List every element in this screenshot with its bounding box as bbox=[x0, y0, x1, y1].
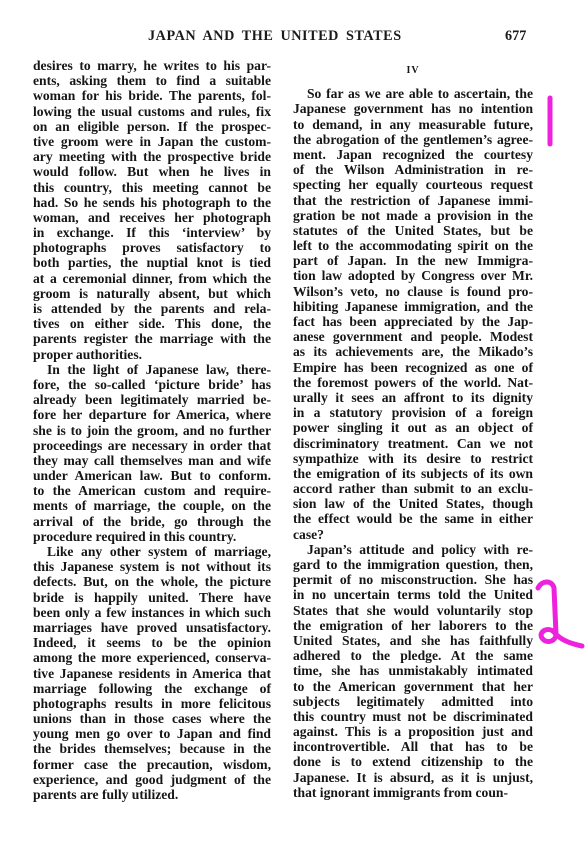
text-line: power singling it out as an object of bbox=[293, 420, 533, 435]
text-line: Japan’s attitude and policy with re- bbox=[293, 542, 533, 557]
text-line: already been legitimately married be- bbox=[33, 392, 271, 407]
text-line: ment. Japan recognized the courtesy bbox=[293, 147, 533, 162]
text-line: tive Japanese residents in America that bbox=[33, 666, 271, 681]
text-line: under American law. But to conform. bbox=[33, 468, 271, 483]
left-column: desires to marry, he writes to his par-e… bbox=[33, 58, 271, 802]
text-line: the abrogation of the gentlemen’s agree- bbox=[293, 132, 533, 147]
text-line: parents are fully utilized. bbox=[33, 787, 271, 802]
text-line: urally it sees an affront to its dignity bbox=[293, 390, 533, 405]
text-line: part of Japan. In the new Immigra- bbox=[293, 253, 533, 268]
text-line: arrival of the bride, go through the bbox=[33, 514, 271, 529]
text-line: experience, and good judgment of the bbox=[33, 772, 271, 787]
text-line: tives on either side. This done, the bbox=[33, 316, 271, 331]
text-line: photographs results in more felicitous bbox=[33, 696, 271, 711]
text-line: Japanese government has no intention bbox=[293, 101, 533, 116]
text-line: against. This is a proposition just and bbox=[293, 724, 533, 739]
text-line: gration be not made a provision in the bbox=[293, 208, 533, 223]
document-page: JAPAN AND THE UNITED STATES 677 desires … bbox=[0, 0, 588, 848]
text-line: had. So he sends his photograph to the bbox=[33, 195, 271, 210]
text-line: gard to the immigration question, then, bbox=[293, 557, 533, 572]
text-line: hibiting Japanese immigration, and the bbox=[293, 299, 533, 314]
text-line: adhered to the pledge. At the same bbox=[293, 648, 533, 663]
text-line: So far as we are able to ascertain, the bbox=[293, 86, 533, 101]
text-line: on an eligible person. If the prospec- bbox=[33, 119, 271, 134]
text-line: sympathize with its desire to restrict bbox=[293, 451, 533, 466]
right-column: IV So far as we are able to ascertain, t… bbox=[293, 58, 533, 800]
text-line: procedure required in this country. bbox=[33, 529, 271, 544]
text-line: statutes of the United States, but be bbox=[293, 223, 533, 238]
text-line: lowing the usual customs and rules, fix bbox=[33, 104, 271, 119]
text-line: ments of marriage, the couple, on the bbox=[33, 498, 271, 513]
text-line: been only a few instances in which such bbox=[33, 605, 271, 620]
text-line: permit of no misconstruction. She has bbox=[293, 572, 533, 587]
text-line: former case the precaution, wisdom, bbox=[33, 757, 271, 772]
text-line: woman, and receives her photograph bbox=[33, 210, 271, 225]
text-line: fore her departure for America, where bbox=[33, 407, 271, 422]
text-line: discriminatory treatment. Can we not bbox=[293, 436, 533, 451]
text-line: this country, this meeting cannot be bbox=[33, 180, 271, 195]
text-line: woman for his bride. The parents, fol- bbox=[33, 88, 271, 103]
margin-mark-bracket-icon bbox=[528, 576, 588, 656]
text-line: that ignorant immigrants from coun- bbox=[293, 785, 533, 800]
margin-mark-vertical-bar-icon bbox=[540, 94, 560, 150]
text-line: fact has been appreciated by the Jap- bbox=[293, 314, 533, 329]
text-line: as its achievements are, the Mikado’s bbox=[293, 344, 533, 359]
text-line: the brides themselves; because in the bbox=[33, 741, 271, 756]
text-line: case? bbox=[293, 527, 533, 542]
text-line: unions than in those cases where the bbox=[33, 711, 271, 726]
text-line: among the more experienced, conserva- bbox=[33, 650, 271, 665]
text-line: fore, the so-called ‘picture bride’ has bbox=[33, 377, 271, 392]
text-line: in a statutory provision of a foreign bbox=[293, 405, 533, 420]
text-line: in no uncertain terms told the United bbox=[293, 587, 533, 602]
text-line: this Japanese system is not without its bbox=[33, 559, 271, 574]
text-line: of the Wilson Administration in re- bbox=[293, 162, 533, 177]
text-line: sion law of the United States, though bbox=[293, 496, 533, 511]
text-line: left to the accommodating spirit on the bbox=[293, 238, 533, 253]
text-line: marriages have proved unsatisfactory. bbox=[33, 620, 271, 635]
text-line: ary meeting with the prospective bride bbox=[33, 149, 271, 164]
text-line: to the American government that her bbox=[293, 679, 533, 694]
text-line: In the light of Japanese law, there- bbox=[33, 362, 271, 377]
text-line: tive groom were in Japan the custom- bbox=[33, 134, 271, 149]
text-line: both parties, the nuptial knot is tied bbox=[33, 255, 271, 270]
text-line: is attended by the parents and rela- bbox=[33, 301, 271, 316]
text-line: the emigration of her laborers to the bbox=[293, 618, 533, 633]
text-line: the emigration of its subjects of its ow… bbox=[293, 466, 533, 481]
text-line: defects. But, on the whole, the picture bbox=[33, 574, 271, 589]
section-heading: IV bbox=[293, 63, 533, 78]
text-line: Wilson’s veto, no clause is found pro- bbox=[293, 284, 533, 299]
text-line: specting her equally courteous request bbox=[293, 177, 533, 192]
text-line: bride is happily united. There have bbox=[33, 590, 271, 605]
text-line: States that she would voluntarily stop bbox=[293, 603, 533, 618]
text-line: that the restriction of Japanese immi- bbox=[293, 193, 533, 208]
text-line: to the American custom and require- bbox=[33, 483, 271, 498]
text-line: at a ceremonial dinner, from which the bbox=[33, 271, 271, 286]
text-line: they may call themselves man and wife bbox=[33, 453, 271, 468]
page-number: 677 bbox=[505, 28, 526, 45]
text-line: incontrovertible. All that has to be bbox=[293, 739, 533, 754]
text-line: proper authorities. bbox=[33, 347, 271, 362]
text-line: desires to marry, he writes to his par- bbox=[33, 58, 271, 73]
text-line: parents register the marriage with the bbox=[33, 331, 271, 346]
text-line: Empire has been recognized as one of bbox=[293, 360, 533, 375]
text-line: time, she has unmistakably intimated bbox=[293, 663, 533, 678]
text-line: marriage following the exchange of bbox=[33, 681, 271, 696]
text-line: to demand, in any measurable future, bbox=[293, 117, 533, 132]
text-line: would follow. But when he lives in bbox=[33, 164, 271, 179]
running-head: JAPAN AND THE UNITED STATES 677 bbox=[0, 28, 588, 46]
text-line: proceedings are necessary in order that bbox=[33, 438, 271, 453]
text-line: the effect would be the same in either bbox=[293, 511, 533, 526]
text-line: she is to join the groom, and no further bbox=[33, 423, 271, 438]
text-line: Indeed, it seems to be the opinion bbox=[33, 635, 271, 650]
text-line: young men go over to Japan and find bbox=[33, 726, 271, 741]
text-line: ents, asking them to find a suitable bbox=[33, 73, 271, 88]
text-line: done is to extend citizenship to the bbox=[293, 754, 533, 769]
text-line: tion law adopted by Congress over Mr. bbox=[293, 268, 533, 283]
text-line: photographs proves satisfactory to bbox=[33, 240, 271, 255]
text-line: Like any other system of marriage, bbox=[33, 544, 271, 559]
text-line: the foremost powers of the world. Nat- bbox=[293, 375, 533, 390]
text-line: Japanese. It is absurd, as it is unjust, bbox=[293, 770, 533, 785]
text-line: accord rather than submit to an exclu- bbox=[293, 481, 533, 496]
running-title: JAPAN AND THE UNITED STATES bbox=[148, 28, 402, 45]
text-line: this country must not be discriminated bbox=[293, 709, 533, 724]
text-line: United States, and she has faithfully bbox=[293, 633, 533, 648]
text-line: in exchange. If this ‘interview’ by bbox=[33, 225, 271, 240]
text-line: anese government and people. Modest bbox=[293, 329, 533, 344]
text-line: subjects legitimately admitted into bbox=[293, 694, 533, 709]
text-line: groom is naturally absent, but which bbox=[33, 286, 271, 301]
